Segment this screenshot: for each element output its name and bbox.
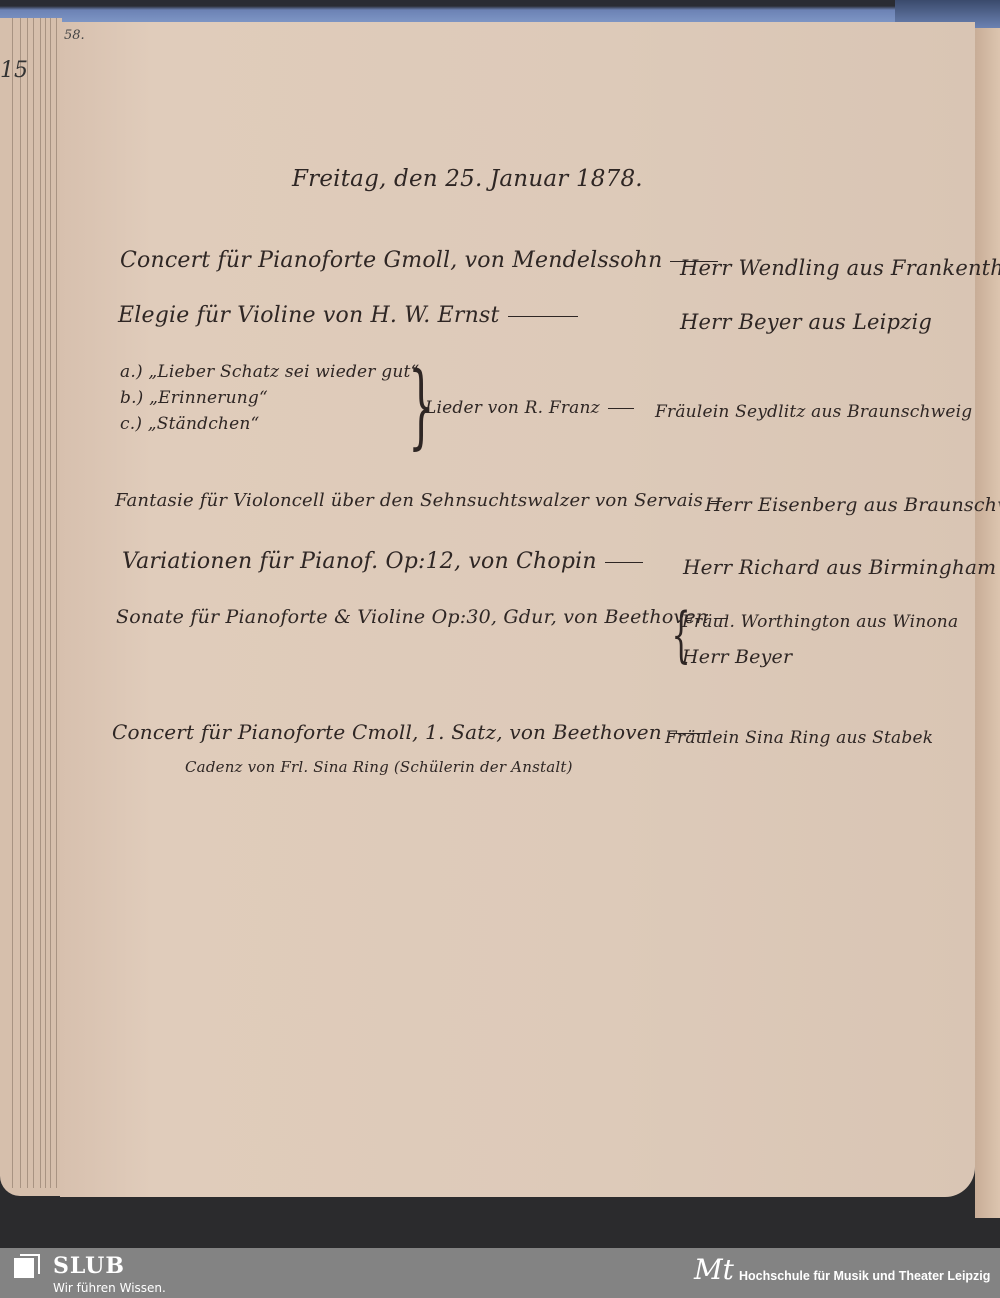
- hmt-monogram-icon: Mt: [694, 1252, 734, 1296]
- program-item-3-song-c: c.) „Ständchen“: [120, 414, 259, 434]
- program-item-7-note: Cadenz von Frl. Sina Ring (Schülerin der…: [185, 758, 573, 776]
- page-edge-right: [975, 28, 1000, 1218]
- program-item-4-performer: Herr Eisenberg aus Braunschweig: [705, 494, 1000, 516]
- page-number: 58.: [64, 28, 85, 43]
- program-item-5-performer: Herr Richard aus Birmingham: [683, 555, 996, 579]
- program-item-3-song-a: a.) „Lieber Schatz sei wieder gut“: [120, 362, 419, 382]
- program-item-2-performer: Herr Beyer aus Leipzig: [680, 310, 932, 334]
- program-item-6-work: Sonate für Pianoforte & Violine Op:30, G…: [116, 606, 728, 628]
- left-page-number-fragment: 15: [0, 58, 28, 83]
- program-item-6-performer-1: Fräul. Worthington aus Winona: [682, 612, 958, 632]
- program-item-3-performer: Fräulein Seydlitz aus Braunschweig: [655, 402, 972, 422]
- program-item-7-performer: Fräulein Sina Ring aus Stabek: [665, 728, 933, 748]
- program-item-7-work: Concert für Pianoforte Cmoll, 1. Satz, v…: [112, 720, 710, 744]
- page-stack-left: 15: [0, 18, 62, 1196]
- program-item-2-work: Elegie für Violine von H. W. Ernst: [118, 303, 578, 328]
- slub-tagline: Wir führen Wissen.: [53, 1281, 166, 1295]
- program-item-1-performer: Herr Wendling aus Frankenthal: [680, 256, 1000, 280]
- program-item-5-work: Variationen für Pianof. Op:12, von Chopi…: [122, 549, 643, 574]
- program-item-6-performer-2: Herr Beyer: [682, 646, 792, 668]
- concert-date-heading: Freitag, den 25. Januar 1878.: [292, 166, 643, 192]
- program-item-4-work: Fantasie für Violoncell über den Sehnsuc…: [115, 490, 723, 511]
- footer-bar: SLUB Wir führen Wissen. Mt Hochschule fü…: [0, 1248, 1000, 1298]
- program-item-3-song-b: b.) „Erinnerung“: [120, 388, 268, 408]
- program-item-3-work: Lieder von R. Franz: [425, 398, 634, 418]
- hmt-institution-name: Hochschule für Musik und Theater Leipzig: [739, 1269, 990, 1283]
- slub-book-icon: [14, 1254, 40, 1278]
- slub-logo-name: SLUB: [53, 1253, 125, 1279]
- program-item-1-work: Concert für Pianoforte Gmoll, von Mendel…: [120, 248, 718, 273]
